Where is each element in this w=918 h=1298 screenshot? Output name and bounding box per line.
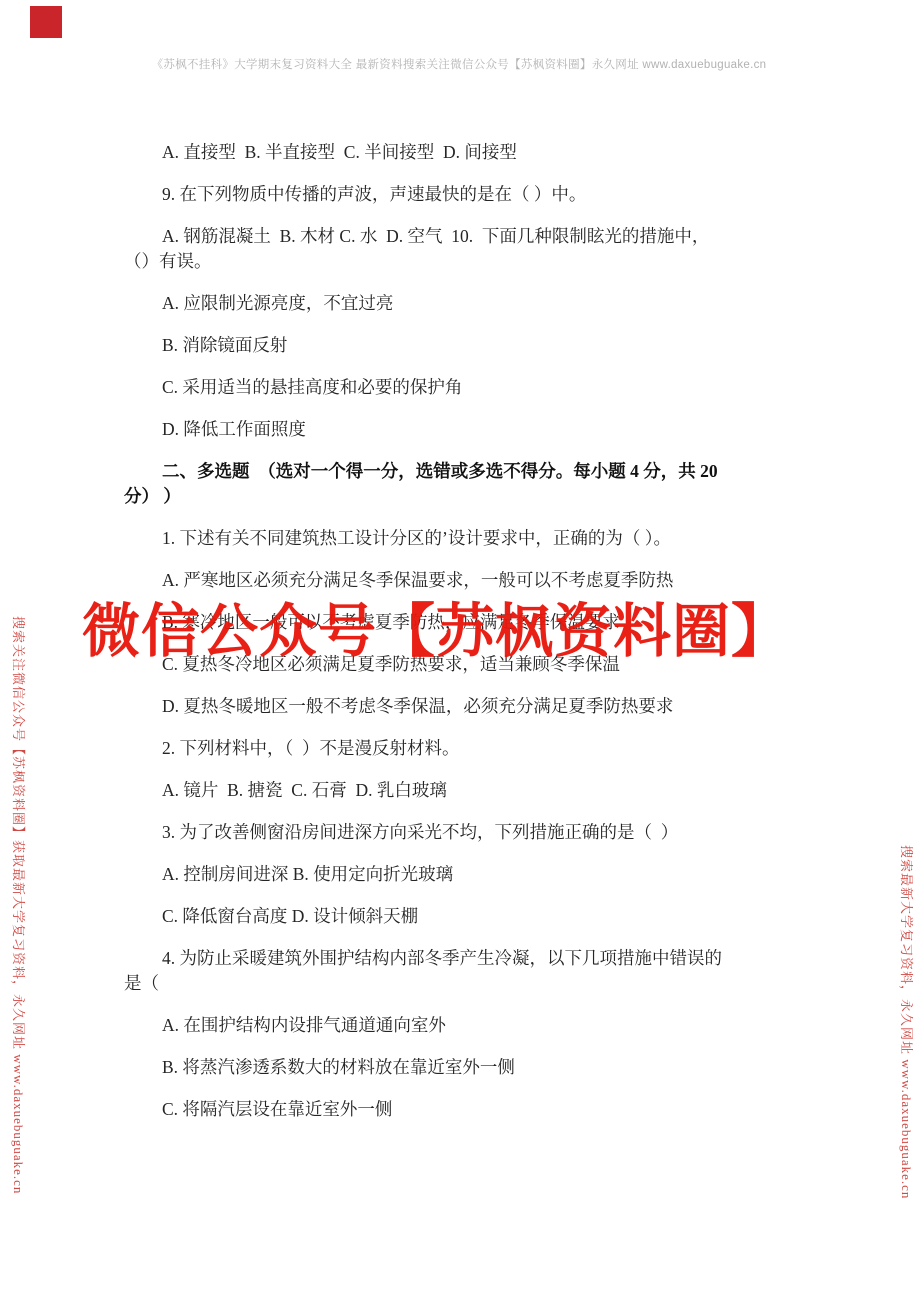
exam-text-line: C. 采用适当的悬挂高度和必要的保护角 [124, 375, 792, 400]
exam-text-line: 3. 为了改善侧窗沿房间进深方向采光不均，下列措施正确的是（ ） [124, 820, 792, 845]
exam-paragraph: 二、多选题 （选对一个得一分，选错或多选不得分。每小题 4 分，共 20分） ） [124, 459, 792, 509]
exam-text-line: 2. 下列材料中，（ ）不是漫反射材料。 [124, 736, 792, 761]
exam-paragraph: C. 降低窗台高度 D. 设计倾斜天棚 [124, 904, 792, 929]
exam-paragraph: B. 消除镜面反射 [124, 333, 792, 358]
exam-text-line: A. 镜片 B. 搪瓷 C. 石膏 D. 乳白玻璃 [124, 778, 792, 803]
exam-paragraph: A. 在围护结构内设排气通道通向室外 [124, 1013, 792, 1038]
exam-paragraph: 9. 在下列物质中传播的声波，声速最快的是在（ ）中。 [124, 182, 792, 207]
exam-paragraph: A. 钢筋混凝土 B. 木材 C. 水 D. 空气 10. 下面几种限制眩光的措… [124, 224, 792, 274]
exam-text-line: B. 将蒸汽渗透系数大的材料放在靠近室外一侧 [124, 1055, 792, 1080]
exam-paragraph: C. 将隔汽层设在靠近室外一侧 [124, 1097, 792, 1122]
exam-text-line: C. 降低窗台高度 D. 设计倾斜天棚 [124, 904, 792, 929]
exam-text-line: 二、多选题 （选对一个得一分，选错或多选不得分。每小题 4 分，共 20 [124, 459, 792, 484]
exam-text-line: 9. 在下列物质中传播的声波，声速最快的是在（ ）中。 [124, 182, 792, 207]
exam-paragraph: B. 将蒸汽渗透系数大的材料放在靠近室外一侧 [124, 1055, 792, 1080]
exam-paragraph: A. 控制房间进深 B. 使用定向折光玻璃 [124, 862, 792, 887]
exam-text-line: A. 控制房间进深 B. 使用定向折光玻璃 [124, 862, 792, 887]
exam-paragraph: C. 采用适当的悬挂高度和必要的保护角 [124, 375, 792, 400]
document-page: 《苏枫不挂科》大学期末复习资料大全 最新资料搜索关注微信公众号【苏枫资料圈】永久… [0, 0, 918, 1298]
exam-paragraph: D. 夏热冬暖地区一般不考虑冬季保温，必须充分满足夏季防热要求 [124, 694, 792, 719]
exam-text-line: A. 应限制光源亮度，不宜过亮 [124, 291, 792, 316]
exam-text-line: 4. 为防止采暖建筑外围护结构内部冬季产生冷凝，以下几项措施中错误的 [124, 946, 792, 971]
exam-text-line: D. 夏热冬暖地区一般不考虑冬季保温，必须充分满足夏季防热要求 [124, 694, 792, 719]
exam-text-line: B. 消除镜面反射 [124, 333, 792, 358]
exam-paragraph: 2. 下列材料中，（ ）不是漫反射材料。 [124, 736, 792, 761]
exam-text-line: D. 降低工作面照度 [124, 417, 792, 442]
red-corner-mark [30, 6, 62, 38]
exam-text-line: （）有误。 [124, 249, 792, 274]
exam-paragraph: A. 直接型 B. 半直接型 C. 半间接型 D. 间接型 [124, 140, 792, 165]
watermark-text: 微信公众号【苏枫资料圈】 [82, 597, 842, 667]
exam-text-line: 是（ [124, 971, 792, 996]
exam-text-line: A. 在围护结构内设排气通道通向室外 [124, 1013, 792, 1038]
exam-text-line: A. 严寒地区必须充分满足冬季保温要求，一般可以不考虑夏季防热 [124, 568, 792, 593]
exam-paragraph: D. 降低工作面照度 [124, 417, 792, 442]
exam-text-line: A. 直接型 B. 半直接型 C. 半间接型 D. 间接型 [124, 140, 792, 165]
header-promo-text: 《苏枫不挂科》大学期末复习资料大全 最新资料搜索关注微信公众号【苏枫资料圈】永久… [0, 56, 918, 72]
exam-paragraph: A. 镜片 B. 搪瓷 C. 石膏 D. 乳白玻璃 [124, 778, 792, 803]
exam-paragraph: 3. 为了改善侧窗沿房间进深方向采光不均，下列措施正确的是（ ） [124, 820, 792, 845]
exam-paragraph: 1. 下述有关不同建筑热工设计分区的’设计要求中，正确的为（ ）。 [124, 526, 792, 551]
right-margin-vertical-text: 搜索最新大学复习资料，永久网址 www.daxuebuguake.cn [898, 845, 914, 1199]
exam-paragraph: 4. 为防止采暖建筑外围护结构内部冬季产生冷凝，以下几项措施中错误的是（ [124, 946, 792, 996]
exam-text-line: 1. 下述有关不同建筑热工设计分区的’设计要求中，正确的为（ ）。 [124, 526, 792, 551]
exam-text-line: C. 将隔汽层设在靠近室外一侧 [124, 1097, 792, 1122]
exam-paragraph: A. 应限制光源亮度，不宜过亮 [124, 291, 792, 316]
exam-text-line: A. 钢筋混凝土 B. 木材 C. 水 D. 空气 10. 下面几种限制眩光的措… [124, 224, 792, 249]
exam-paragraph: A. 严寒地区必须充分满足冬季保温要求，一般可以不考虑夏季防热 [124, 568, 792, 593]
exam-text-line: 分） ） [124, 484, 792, 509]
left-margin-vertical-text: 搜索关注微信公众号【苏枫资料圈】获取最新大学复习资料，永久网址 www.daxu… [10, 616, 26, 1194]
